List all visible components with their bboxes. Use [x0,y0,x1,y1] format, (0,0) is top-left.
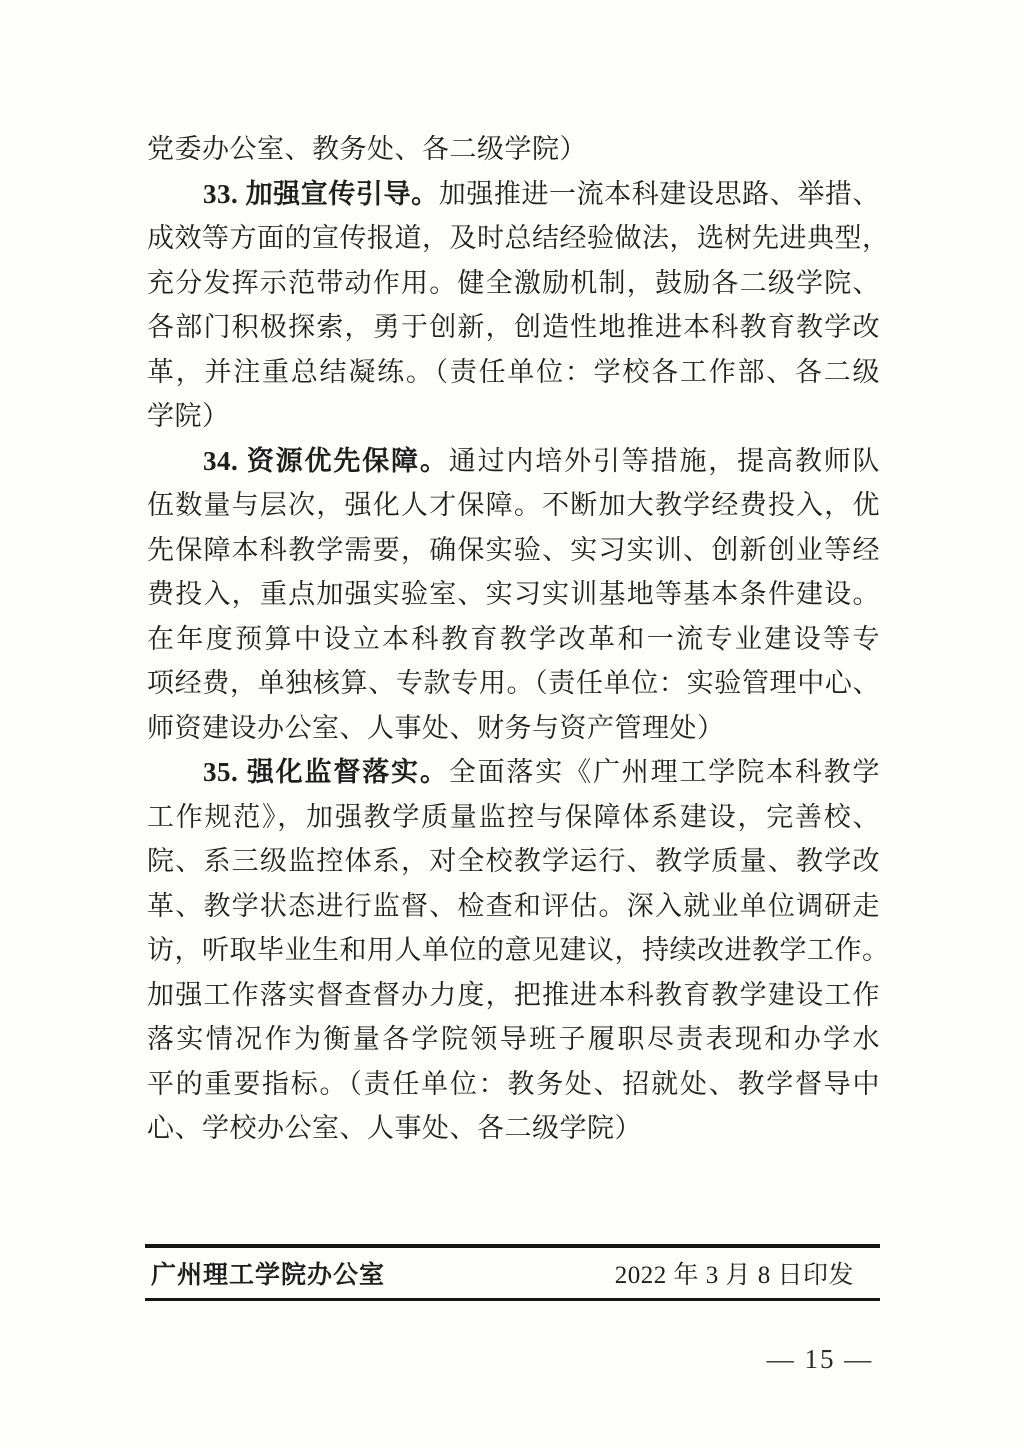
section-heading: 35. 强化监督落实。 [203,757,449,787]
page-number: — 15 — [750,1344,890,1375]
text-line: 落实情况作为衡量各学院领导班子履职尽责表现和办学水 [147,1017,880,1062]
text-line: 师资建设办公室、人事处、财务与资产管理处） [147,706,880,751]
document-body: 党委办公室、教务处、各二级学院）33. 加强宣传引导。加强推进一流本科建设思路、… [147,127,880,1151]
text-line: 访，听取毕业生和用人单位的意见建议，持续改进教学工作。 [147,928,880,973]
text-line: 在年度预算中设立本科教育教学改革和一流专业建设等专 [147,617,880,662]
footer-print-date: 2022 年 3 月 8 日印发 [615,1255,854,1291]
text-line: 院、系三级监控体系，对全校教学运行、教学质量、教学改 [147,839,880,884]
text-line: 各部门积极探索，勇于创新，创造性地推进本科教育教学改 [147,305,880,350]
text-line: 先保障本科教学需要，确保实验、实习实训、创新创业等经 [147,528,880,573]
text-line: 加强工作落实督查督办力度，把推进本科教育教学建设工作 [147,973,880,1018]
text-line: 项经费，单独核算、专款专用。（责任单位：实验管理中心、 [147,661,880,706]
text-line: 革、教学状态进行监督、检查和评估。深入就业单位调研走 [147,884,880,929]
text-line: 35. 强化监督落实。全面落实《广州理工学院本科教学 [147,750,880,795]
text-line: 革，并注重总结凝练。（责任单位：学校各工作部、各二级 [147,350,880,395]
text-line: 心、学校办公室、人事处、各二级学院） [147,1106,880,1151]
text-line: 充分发挥示范带动作用。健全激励机制，鼓励各二级学院、 [147,261,880,306]
section-heading: 34. 资源优先保障。 [203,446,449,476]
text-line: 学院） [147,394,880,439]
footer-issuer: 广州理工学院办公室 [151,1255,385,1291]
text-line: 成效等方面的宣传报道，及时总结经验做法，选树先进典型， [147,216,880,261]
document-page: 党委办公室、教务处、各二级学院）33. 加强宣传引导。加强推进一流本科建设思路、… [0,0,1024,1448]
section-heading: 33. 加强宣传引导。 [203,179,439,209]
text-line: 34. 资源优先保障。通过内培外引等措施，提高教师队 [147,439,880,484]
text-line: 党委办公室、教务处、各二级学院） [147,127,880,172]
text-line: 工作规范》，加强教学质量监控与保障体系建设，完善校、 [147,795,880,840]
footer-bottom-rule [145,1298,880,1301]
text-line: 费投入，重点加强实验室、实习实训基地等基本条件建设。 [147,572,880,617]
footer: 广州理工学院办公室 2022 年 3 月 8 日印发 [145,1244,880,1301]
text-line: 伍数量与层次，强化人才保障。不断加大教学经费投入，优 [147,483,880,528]
text-line: 平的重要指标。（责任单位：教务处、招就处、教学督导中 [147,1062,880,1107]
text-line: 33. 加强宣传引导。加强推进一流本科建设思路、举措、 [147,172,880,217]
footer-row: 广州理工学院办公室 2022 年 3 月 8 日印发 [145,1248,880,1298]
